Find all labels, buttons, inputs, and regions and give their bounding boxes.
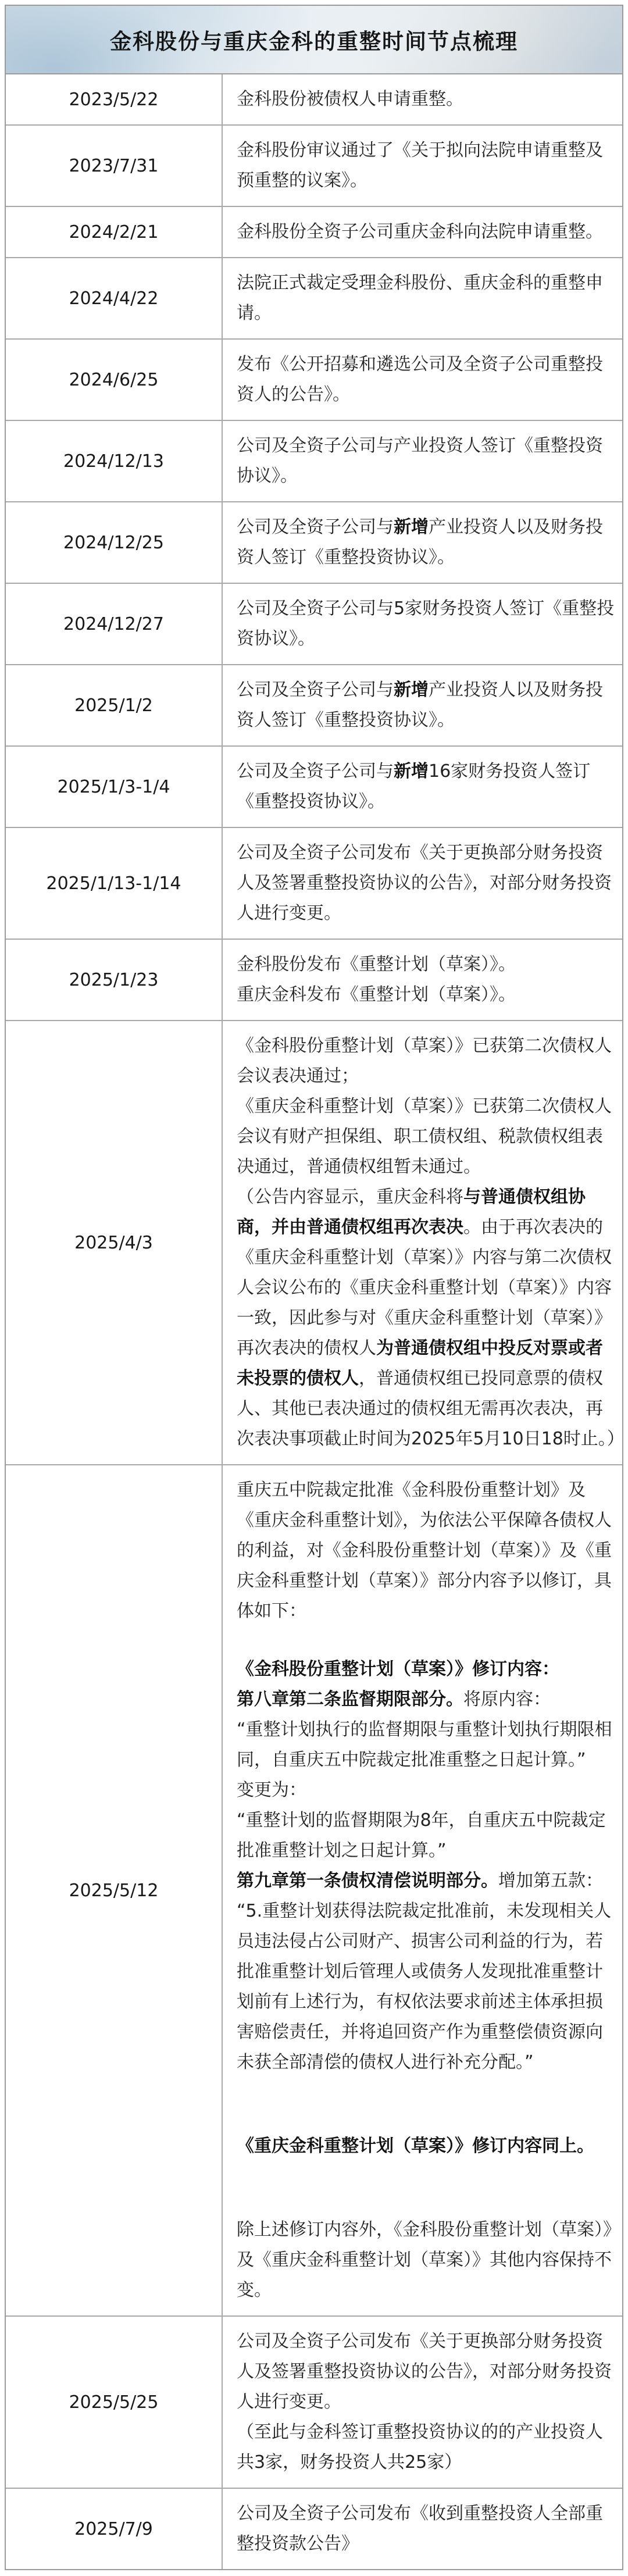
event-text: 金科股份发布《重整计划（草案）》。 [237, 954, 516, 975]
event-paragraph: 重庆五中院裁定批准《金科股份重整计划》及《重庆金科重整计划》，为依法公平保障各债… [237, 1475, 616, 1626]
table-title-bar: 金科股份与重庆金科的重整时间节点梳理 [6, 6, 622, 74]
event-text: 公司及全资子公司与 [237, 517, 394, 537]
event-text: 重庆五中院裁定批准《金科股份重整计划》及《重庆金科重整计划》，为依法公平保障各债… [237, 1480, 612, 1621]
date-cell: 2025/5/25 [6, 2317, 223, 2488]
page: 金科股份与重庆金科的重整时间节点梳理 2023/5/22金科股份被债权人申请重整… [0, 0, 628, 2576]
event-paragraph: 发布《公开招募和遴选公司及全资子公司重整投资人的公告》。 [237, 349, 616, 410]
event-text: 金科股份全资子公司重庆金科向法院申请重整。 [237, 222, 603, 242]
event-paragraph: 《金科股份重整计划（草案）》修订内容： [237, 1654, 616, 1685]
date-cell: 2024/2/21 [6, 207, 223, 257]
emphasis-text: 第九章第一条债权清偿说明部分。 [237, 1871, 498, 1891]
event-text: 。由于再次表决的《重庆金科重整计划（草案）》内容与第二次债权人会议公布的《重庆金… [237, 1217, 612, 1358]
emphasis-text: 新增 [394, 761, 429, 782]
event-paragraph: 第九章第一条债权清偿说明部分。增加第五款： [237, 1866, 616, 1896]
emphasis-text: 《重庆金科重整计划（草案）》修订内容同上。 [237, 2136, 594, 2156]
table-body: 2023/5/22金科股份被债权人申请重整。2023/7/31金科股份审议通过了… [6, 74, 622, 2569]
event-cell: 公司及全资子公司与5家财务投资人签订《重整投资协议》。 [223, 584, 622, 664]
event-cell: 法院正式裁定受理金科股份、重庆金科的重整申请。 [223, 258, 622, 338]
event-text: 公司及全资子公司与产业投资人签订《重整投资协议》。 [237, 436, 603, 486]
table-row: 2023/5/22金科股份被债权人申请重整。 [6, 74, 622, 126]
date-cell: 2025/4/3 [6, 1021, 223, 1464]
event-paragraph: “重整计划的监督期限为8年，自重庆五中院裁定批准重整计划之日起计算。” [237, 1806, 616, 1866]
date-cell: 2024/4/22 [6, 258, 223, 338]
emphasis-text: 新增 [394, 517, 429, 537]
event-text: 发布《公开招募和遴选公司及全资子公司重整投资人的公告》。 [237, 354, 603, 405]
event-cell: 发布《公开招募和遴选公司及全资子公司重整投资人的公告》。 [223, 340, 622, 420]
date-cell: 2024/12/13 [6, 421, 223, 501]
event-text: 公司及全资子公司与 [237, 761, 394, 782]
event-paragraph: “重整计划执行的监督期限与重整计划执行期限相同，自重庆五中院裁定批准重整之日起计… [237, 1715, 616, 1775]
event-paragraph: 公司及全资子公司发布《收到重整投资人全部重整投资款公告》 [237, 2499, 616, 2559]
event-paragraph: 第八章第二条监督期限部分。将原内容： [237, 1685, 616, 1715]
date-cell: 2025/1/23 [6, 940, 223, 1020]
table-row: 2024/12/25公司及全资子公司与新增产业投资人以及财务投资人签订《重整投资… [6, 502, 622, 584]
date-cell: 2025/1/13-1/14 [6, 828, 223, 939]
event-paragraph: 金科股份全资子公司重庆金科向法院申请重整。 [237, 217, 616, 247]
table-row: 2025/7/9公司及全资子公司发布《收到重整投资人全部重整投资款公告》 [6, 2489, 622, 2569]
event-paragraph: 金科股份发布《重整计划（草案）》。 [237, 950, 616, 980]
event-text: 公司及全资子公司与5家财务投资人签订《重整投资协议》。 [237, 598, 614, 649]
date-cell: 2023/7/31 [6, 126, 223, 206]
event-paragraph: 金科股份被债权人申请重整。 [237, 84, 616, 115]
event-text: 《重庆金科重整计划（草案）》已获第二次债权人会议有财产担保组、职工债权组、税款债… [237, 1096, 612, 1177]
date-cell: 2025/5/12 [6, 1465, 223, 2315]
date-cell: 2025/1/2 [6, 665, 223, 745]
table-row: 2023/7/31金科股份审议通过了《关于拟向法院申请重整及预重整的议案》。 [6, 126, 622, 207]
event-paragraph: 变更为： [237, 1775, 616, 1806]
event-cell: 金科股份审议通过了《关于拟向法院申请重整及预重整的议案》。 [223, 126, 622, 206]
event-text: “重整计划执行的监督期限与重整计划执行期限相同，自重庆五中院裁定批准重整之日起计… [237, 1719, 612, 1770]
date-cell: 2023/5/22 [6, 74, 223, 124]
event-cell: 公司及全资子公司与新增16家财务投资人签订《重整投资协议》。 [223, 747, 622, 827]
table-row: 2025/1/23金科股份发布《重整计划（草案）》。重庆金科发布《重整计划（草案… [6, 940, 622, 1021]
event-cell: 金科股份被债权人申请重整。 [223, 74, 622, 124]
date-cell: 2024/12/25 [6, 502, 223, 583]
table-row: 2025/1/2公司及全资子公司与新增产业投资人以及财务投资人签订《重整投资协议… [6, 665, 622, 747]
event-paragraph: 公司及全资子公司发布《关于更换部分财务投资人及签署重整投资协议的公告》，对部分财… [237, 2327, 616, 2417]
event-text: 除上述修订内容外，《金科股份重整计划（草案）》及《重庆金科重整计划（草案）》其他… [237, 2220, 612, 2300]
event-text: 增加第五款： [498, 1871, 603, 1891]
table-row: 2024/12/27公司及全资子公司与5家财务投资人签订《重整投资协议》。 [6, 584, 622, 665]
event-text: （公告内容显示，重庆金科将 [237, 1187, 463, 1207]
event-cell: 公司及全资子公司发布《关于更换部分财务投资人及签署重整投资协议的公告》，对部分财… [223, 828, 622, 939]
event-cell: 公司及全资子公司发布《关于更换部分财务投资人及签署重整投资协议的公告》，对部分财… [223, 2317, 622, 2488]
date-cell: 2025/1/3-1/4 [6, 747, 223, 827]
event-paragraph: （至此与金科签订重整投资协议的的产业投资人共3家，财务投资人共25家） [237, 2417, 616, 2478]
table-row: 2024/4/22法院正式裁定受理金科股份、重庆金科的重整申请。 [6, 258, 622, 340]
timeline-table: 金科股份与重庆金科的重整时间节点梳理 2023/5/22金科股份被债权人申请重整… [5, 5, 623, 2570]
event-text: 将原内容： [463, 1689, 551, 1710]
event-text: （至此与金科签订重整投资协议的的产业投资人共3家，财务投资人共25家） [237, 2422, 603, 2472]
event-paragraph: 公司及全资子公司发布《关于更换部分财务投资人及签署重整投资协议的公告》，对部分财… [237, 838, 616, 929]
event-text: 重庆金科发布《重整计划（草案）》。 [237, 984, 516, 1005]
event-paragraph: 公司及全资子公司与新增16家财务投资人签订《重整投资协议》。 [237, 757, 616, 817]
event-text: 公司及全资子公司发布《关于更换部分财务投资人及签署重整投资协议的公告》，对部分财… [237, 843, 612, 923]
event-text: 变更为： [237, 1780, 306, 1800]
event-text: “重整计划的监督期限为8年，自重庆五中院裁定批准重整计划之日起计算。” [237, 1810, 606, 1861]
event-cell: 金科股份全资子公司重庆金科向法院申请重整。 [223, 207, 622, 257]
emphasis-text: 《金科股份重整计划（草案）》修订内容： [237, 1659, 559, 1679]
event-paragraph: 《重庆金科重整计划（草案）》修订内容同上。 [237, 2131, 616, 2161]
event-paragraph: 公司及全资子公司与5家财务投资人签订《重整投资协议》。 [237, 594, 616, 654]
event-cell: 金科股份发布《重整计划（草案）》。重庆金科发布《重整计划（草案）》。 [223, 940, 622, 1020]
event-cell: 《金科股份重整计划（草案）》已获第二次债权人会议表决通过；《重庆金科重整计划（草… [223, 1021, 622, 1464]
table-row: 2025/1/13-1/14公司及全资子公司发布《关于更换部分财务投资人及签署重… [6, 828, 622, 940]
event-paragraph: （公告内容显示，重庆金科将与普通债权组协商，并由普通债权组再次表决。由于再次表决… [237, 1182, 616, 1454]
event-cell: 公司及全资子公司与新增产业投资人以及财务投资人签订《重整投资协议》。 [223, 502, 622, 583]
event-paragraph: 法院正式裁定受理金科股份、重庆金科的重整申请。 [237, 268, 616, 329]
table-row: 2024/6/25发布《公开招募和遴选公司及全资子公司重整投资人的公告》。 [6, 340, 622, 421]
page-title: 金科股份与重庆金科的重整时间节点梳理 [110, 24, 518, 55]
event-paragraph: 重庆金科发布《重整计划（草案）》。 [237, 980, 616, 1010]
event-text: 《金科股份重整计划（草案）》已获第二次债权人会议表决通过； [237, 1036, 612, 1086]
event-text: 公司及全资子公司与 [237, 680, 394, 700]
table-row: 2025/5/12重庆五中院裁定批准《金科股份重整计划》及《重庆金科重整计划》，… [6, 1465, 622, 2317]
table-row: 2025/5/25公司及全资子公司发布《关于更换部分财务投资人及签署重整投资协议… [6, 2317, 622, 2489]
event-paragraph: 公司及全资子公司与新增产业投资人以及财务投资人签订《重整投资协议》。 [237, 512, 616, 573]
event-paragraph: 除上述修订内容外，《金科股份重整计划（草案）》及《重庆金科重整计划（草案）》其他… [237, 2215, 616, 2306]
event-paragraph: 公司及全资子公司与产业投资人签订《重整投资协议》。 [237, 431, 616, 491]
event-paragraph: 公司及全资子公司与新增产业投资人以及财务投资人签订《重整投资协议》。 [237, 675, 616, 736]
table-row: 2024/12/13公司及全资子公司与产业投资人签订《重整投资协议》。 [6, 421, 622, 502]
event-paragraph: “5.重整计划获得法院裁定批准前，未发现相关人员违法侵占公司财产、损害公司利益的… [237, 1896, 616, 2078]
table-row: 2025/4/3《金科股份重整计划（草案）》已获第二次债权人会议表决通过；《重庆… [6, 1021, 622, 1465]
event-paragraph: 《重庆金科重整计划（草案）》已获第二次债权人会议有财产担保组、职工债权组、税款债… [237, 1091, 616, 1182]
date-cell: 2025/7/9 [6, 2489, 223, 2569]
event-text: 金科股份被债权人申请重整。 [237, 89, 463, 109]
date-cell: 2024/6/25 [6, 340, 223, 420]
table-row: 2025/1/3-1/4公司及全资子公司与新增16家财务投资人签订《重整投资协议… [6, 747, 622, 828]
event-cell: 重庆五中院裁定批准《金科股份重整计划》及《重庆金科重整计划》，为依法公平保障各债… [223, 1465, 622, 2315]
emphasis-text: 第八章第二条监督期限部分。 [237, 1689, 463, 1710]
event-text: 法院正式裁定受理金科股份、重庆金科的重整申请。 [237, 273, 603, 323]
event-text: 公司及全资子公司发布《收到重整投资人全部重整投资款公告》 [237, 2503, 603, 2554]
emphasis-text: 新增 [394, 680, 429, 700]
event-paragraph: 金科股份审议通过了《关于拟向法院申请重整及预重整的议案》。 [237, 135, 616, 196]
event-cell: 公司及全资子公司发布《收到重整投资人全部重整投资款公告》 [223, 2489, 622, 2569]
event-paragraph: 《金科股份重整计划（草案）》已获第二次债权人会议表决通过； [237, 1031, 616, 1091]
date-cell: 2024/12/27 [6, 584, 223, 664]
event-text: 公司及全资子公司发布《关于更换部分财务投资人及签署重整投资协议的公告》，对部分财… [237, 2331, 612, 2412]
event-cell: 公司及全资子公司与产业投资人签订《重整投资协议》。 [223, 421, 622, 501]
event-text: “5.重整计划获得法院裁定批准前，未发现相关人员违法侵占公司财产、损害公司利益的… [237, 1901, 611, 2072]
event-cell: 公司及全资子公司与新增产业投资人以及财务投资人签订《重整投资协议》。 [223, 665, 622, 745]
event-text: 金科股份审议通过了《关于拟向法院申请重整及预重整的议案》。 [237, 140, 603, 191]
table-row: 2024/2/21金科股份全资子公司重庆金科向法院申请重整。 [6, 207, 622, 258]
